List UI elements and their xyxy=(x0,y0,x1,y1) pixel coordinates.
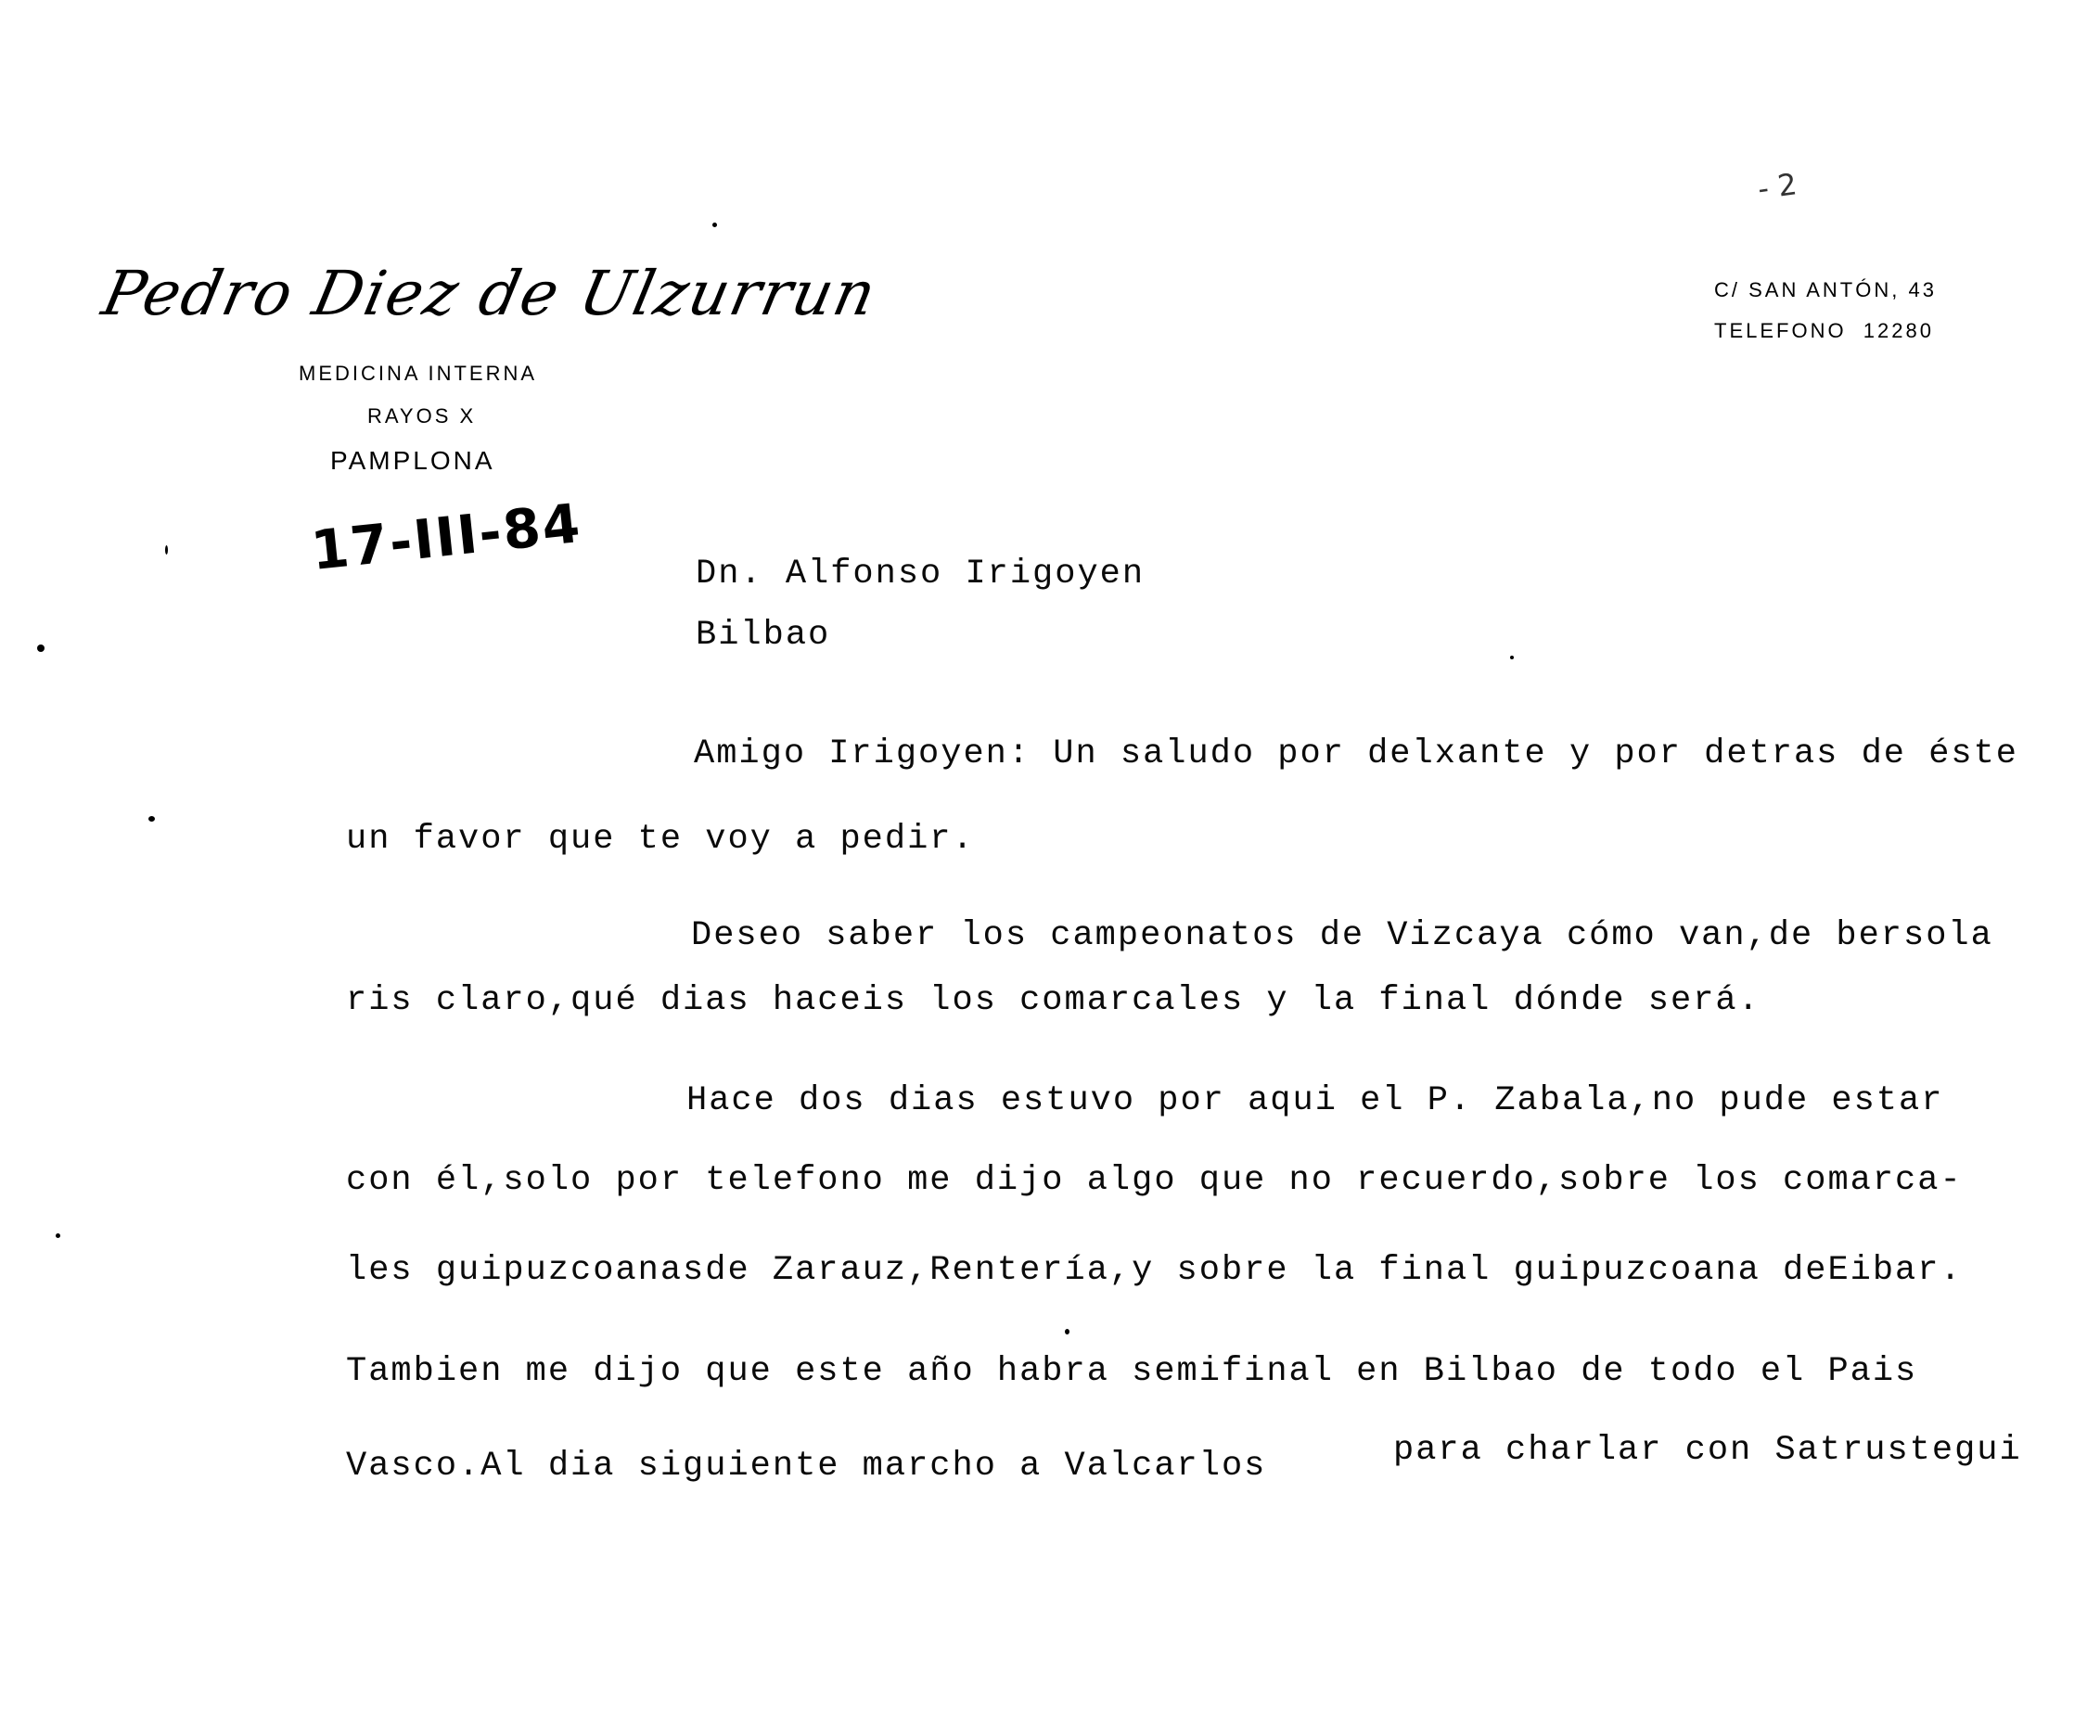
body-line: con él,solo por telefono me dijo algo qu… xyxy=(346,1161,1963,1200)
scan-speck xyxy=(1510,656,1514,659)
body-line: para charlar con Satrustegui xyxy=(1393,1431,2022,1470)
letterhead-service: RAYOS X xyxy=(367,404,476,428)
body-line: ris claro,qué dias haceis los comarcales… xyxy=(346,981,1761,1020)
scan-speck xyxy=(148,816,155,822)
handwritten-date: 17-III-84 xyxy=(308,491,584,582)
body-line: Amigo Irigoyen: Un saludo por delxante y… xyxy=(694,734,2018,773)
letterhead-address: C/ SAN ANTÓN, 43 xyxy=(1714,278,1937,302)
scan-speck xyxy=(165,545,168,555)
body-line: Tambien me dijo que este año habra semif… xyxy=(346,1352,1917,1391)
page-bottom-blank xyxy=(0,1500,2100,1736)
letter-page: Pedro Diez de Ulzurrun MEDICINA INTERNA … xyxy=(0,0,2100,1736)
scan-speck xyxy=(1065,1329,1069,1334)
scan-speck xyxy=(56,1233,60,1238)
letterhead-specialty: MEDICINA INTERNA xyxy=(299,362,537,386)
scan-speck xyxy=(712,223,717,227)
body-line: Hace dos dias estuvo por aqui el P. Zaba… xyxy=(686,1081,1943,1120)
body-line: Vasco.Al dia siguiente marcho a Valcarlo… xyxy=(346,1447,1266,1486)
letterhead-city: PAMPLONA xyxy=(330,446,495,476)
body-line: un favor que te voy a pedir. xyxy=(346,820,975,859)
body-line: les guipuzcoanasde Zarauz,Rentería,y sob… xyxy=(346,1251,1963,1290)
page-number-mark: - 2 xyxy=(1756,166,1799,206)
scan-speck xyxy=(37,645,45,652)
body-line: Deseo saber los campeonatos de Vizcaya c… xyxy=(691,916,1993,955)
recipient-name: Dn. Alfonso Irigoyen xyxy=(696,555,1145,594)
letterhead-name: Pedro Diez de Ulzurrun xyxy=(96,258,884,329)
letterhead-phone: TELEFONO 12280 xyxy=(1714,319,1934,343)
recipient-city: Bilbao xyxy=(696,616,830,655)
